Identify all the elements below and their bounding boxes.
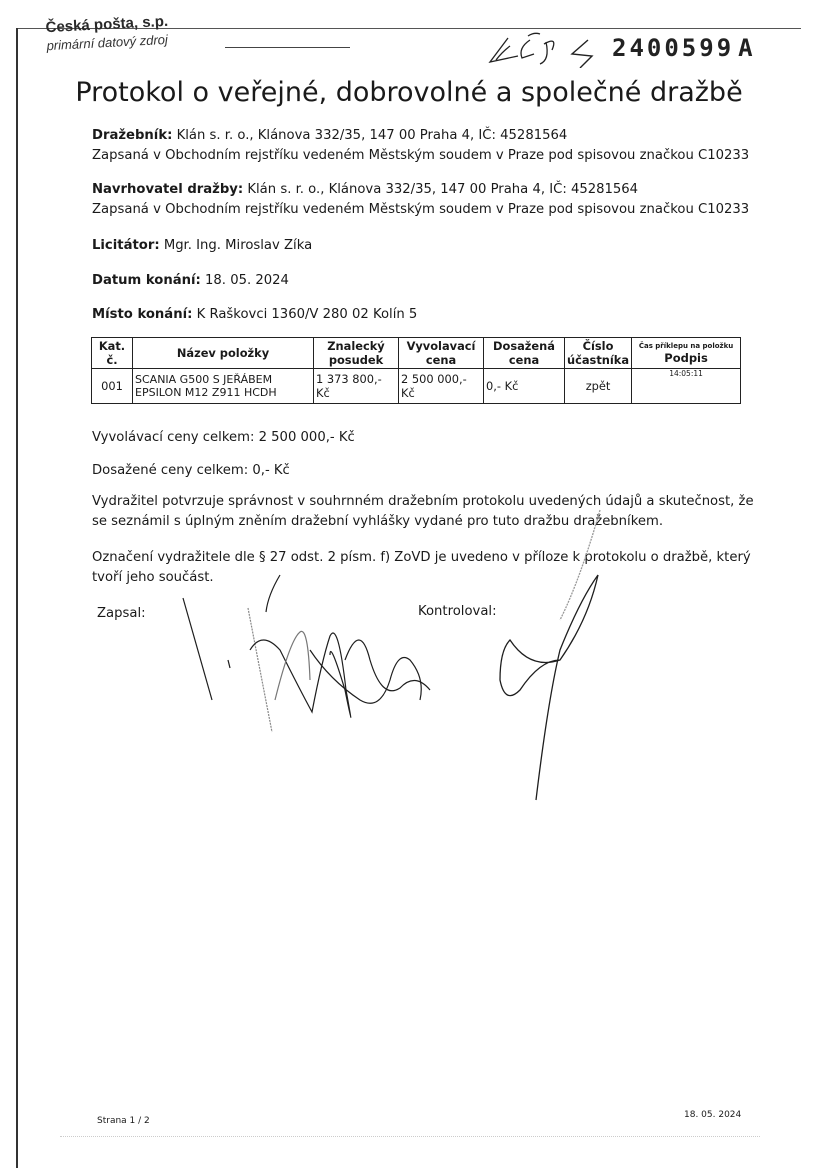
- drazebnik-value: Klán s. r. o., Klánova 332/35, 147 00 Pr…: [177, 128, 568, 143]
- total-dosazene: Dosažené ceny celkem: 0,- Kč: [92, 461, 290, 481]
- navrhovatel-registration: Zapsaná v Obchodním rejstříku vedeném Mě…: [92, 200, 749, 220]
- header-znalecky: Znaleckýposudek: [314, 338, 399, 369]
- reference-suffix: A: [738, 34, 752, 62]
- table-header-row: Kat. č. Název položky Znaleckýposudek Vy…: [92, 338, 741, 369]
- zapsal-label: Zapsal:: [97, 604, 146, 624]
- navrhovatel-label: Navrhovatel dražby:: [92, 182, 243, 197]
- header-nazev: Název položky: [133, 338, 314, 369]
- header-dosazena: Dosaženácena: [484, 338, 565, 369]
- auction-items-table: Kat. č. Název položky Znaleckýposudek Vy…: [91, 337, 741, 404]
- designation-line-2: tvoří jeho součást.: [92, 568, 751, 588]
- misto-line: Místo konání: K Raškovci 1360/V 280 02 K…: [92, 305, 417, 325]
- document-title: Protokol o veřejné, dobrovolné a společn…: [0, 77, 818, 108]
- cell-vyvolavaci: 2 500 000,- Kč: [399, 369, 484, 404]
- header-kat: Kat. č.: [92, 338, 133, 369]
- navrhovatel-value: Klán s. r. o., Klánova 332/35, 147 00 Pr…: [247, 182, 638, 197]
- datum-line: Datum konání: 18. 05. 2024: [92, 271, 289, 291]
- datum-label: Datum konání:: [92, 273, 201, 288]
- confirmation-paragraph: Vydražitel potvrzuje správnost v souhrnn…: [92, 492, 754, 532]
- handwritten-signatures-icon: [0, 0, 818, 1176]
- kontroloval-label: Kontroloval:: [418, 602, 497, 622]
- confirmation-line-1: Vydražitel potvrzuje správnost v souhrnn…: [92, 492, 754, 512]
- total-vyvolavaci: Vyvolávací ceny celkem: 2 500 000,- Kč: [92, 428, 355, 448]
- licitator-line: Licitátor: Mgr. Ing. Miroslav Zíka: [92, 236, 312, 256]
- licitator-value: Mgr. Ing. Miroslav Zíka: [164, 238, 312, 253]
- cell-dosazena: 0,- Kč: [484, 369, 565, 404]
- header-cislo: Čísloúčastníka: [565, 338, 632, 369]
- cell-nazev: SCANIA G500 S JEŘÁBEM EPSILON M12 Z911 H…: [133, 369, 314, 404]
- datum-value: 18. 05. 2024: [205, 273, 289, 288]
- reference-number: 2400599: [612, 34, 734, 62]
- cell-znalecky: 1 373 800,- Kč: [314, 369, 399, 404]
- misto-value: K Raškovci 1360/V 280 02 Kolín 5: [197, 307, 418, 322]
- drazebnik-label: Dražebník:: [92, 128, 172, 143]
- reference-stamp: ČČP S 2400599 A: [488, 28, 753, 68]
- licitator-label: Licitátor:: [92, 238, 160, 253]
- table-row: 001 SCANIA G500 S JEŘÁBEM EPSILON M12 Z9…: [92, 369, 741, 404]
- postal-stamp: Česká pošta, s.p. primární datový zdroj: [45, 13, 169, 53]
- stamp-underline: [225, 47, 350, 48]
- misto-label: Místo konání:: [92, 307, 192, 322]
- drazebnik-section: Dražebník: Klán s. r. o., Klánova 332/35…: [92, 126, 749, 166]
- header-podpis: Čas příklepu na položkuPodpis: [632, 338, 741, 369]
- scan-noise-line: [60, 1136, 760, 1137]
- navrhovatel-section: Navrhovatel dražby: Klán s. r. o., Kláno…: [92, 180, 749, 220]
- designation-paragraph: Označení vydražitele dle § 27 odst. 2 pí…: [92, 548, 751, 588]
- cell-cislo: zpět: [565, 369, 632, 404]
- header-vyvolavaci: Vyvolavacícena: [399, 338, 484, 369]
- scan-frame-left: [16, 28, 18, 1168]
- cell-cas-podpis: 14:05:11: [632, 369, 741, 404]
- drazebnik-registration: Zapsaná v Obchodním rejstříku vedeném Mě…: [92, 146, 749, 166]
- cell-kat: 001: [92, 369, 133, 404]
- confirmation-line-2: se seznámil s úplným zněním dražební vyh…: [92, 512, 754, 532]
- page-number: Strana 1 / 2: [97, 1116, 150, 1126]
- footer-date: 18. 05. 2024: [684, 1110, 741, 1120]
- handwritten-prefix-icon: ČČP S: [488, 28, 608, 68]
- designation-line-1: Označení vydražitele dle § 27 odst. 2 pí…: [92, 548, 751, 568]
